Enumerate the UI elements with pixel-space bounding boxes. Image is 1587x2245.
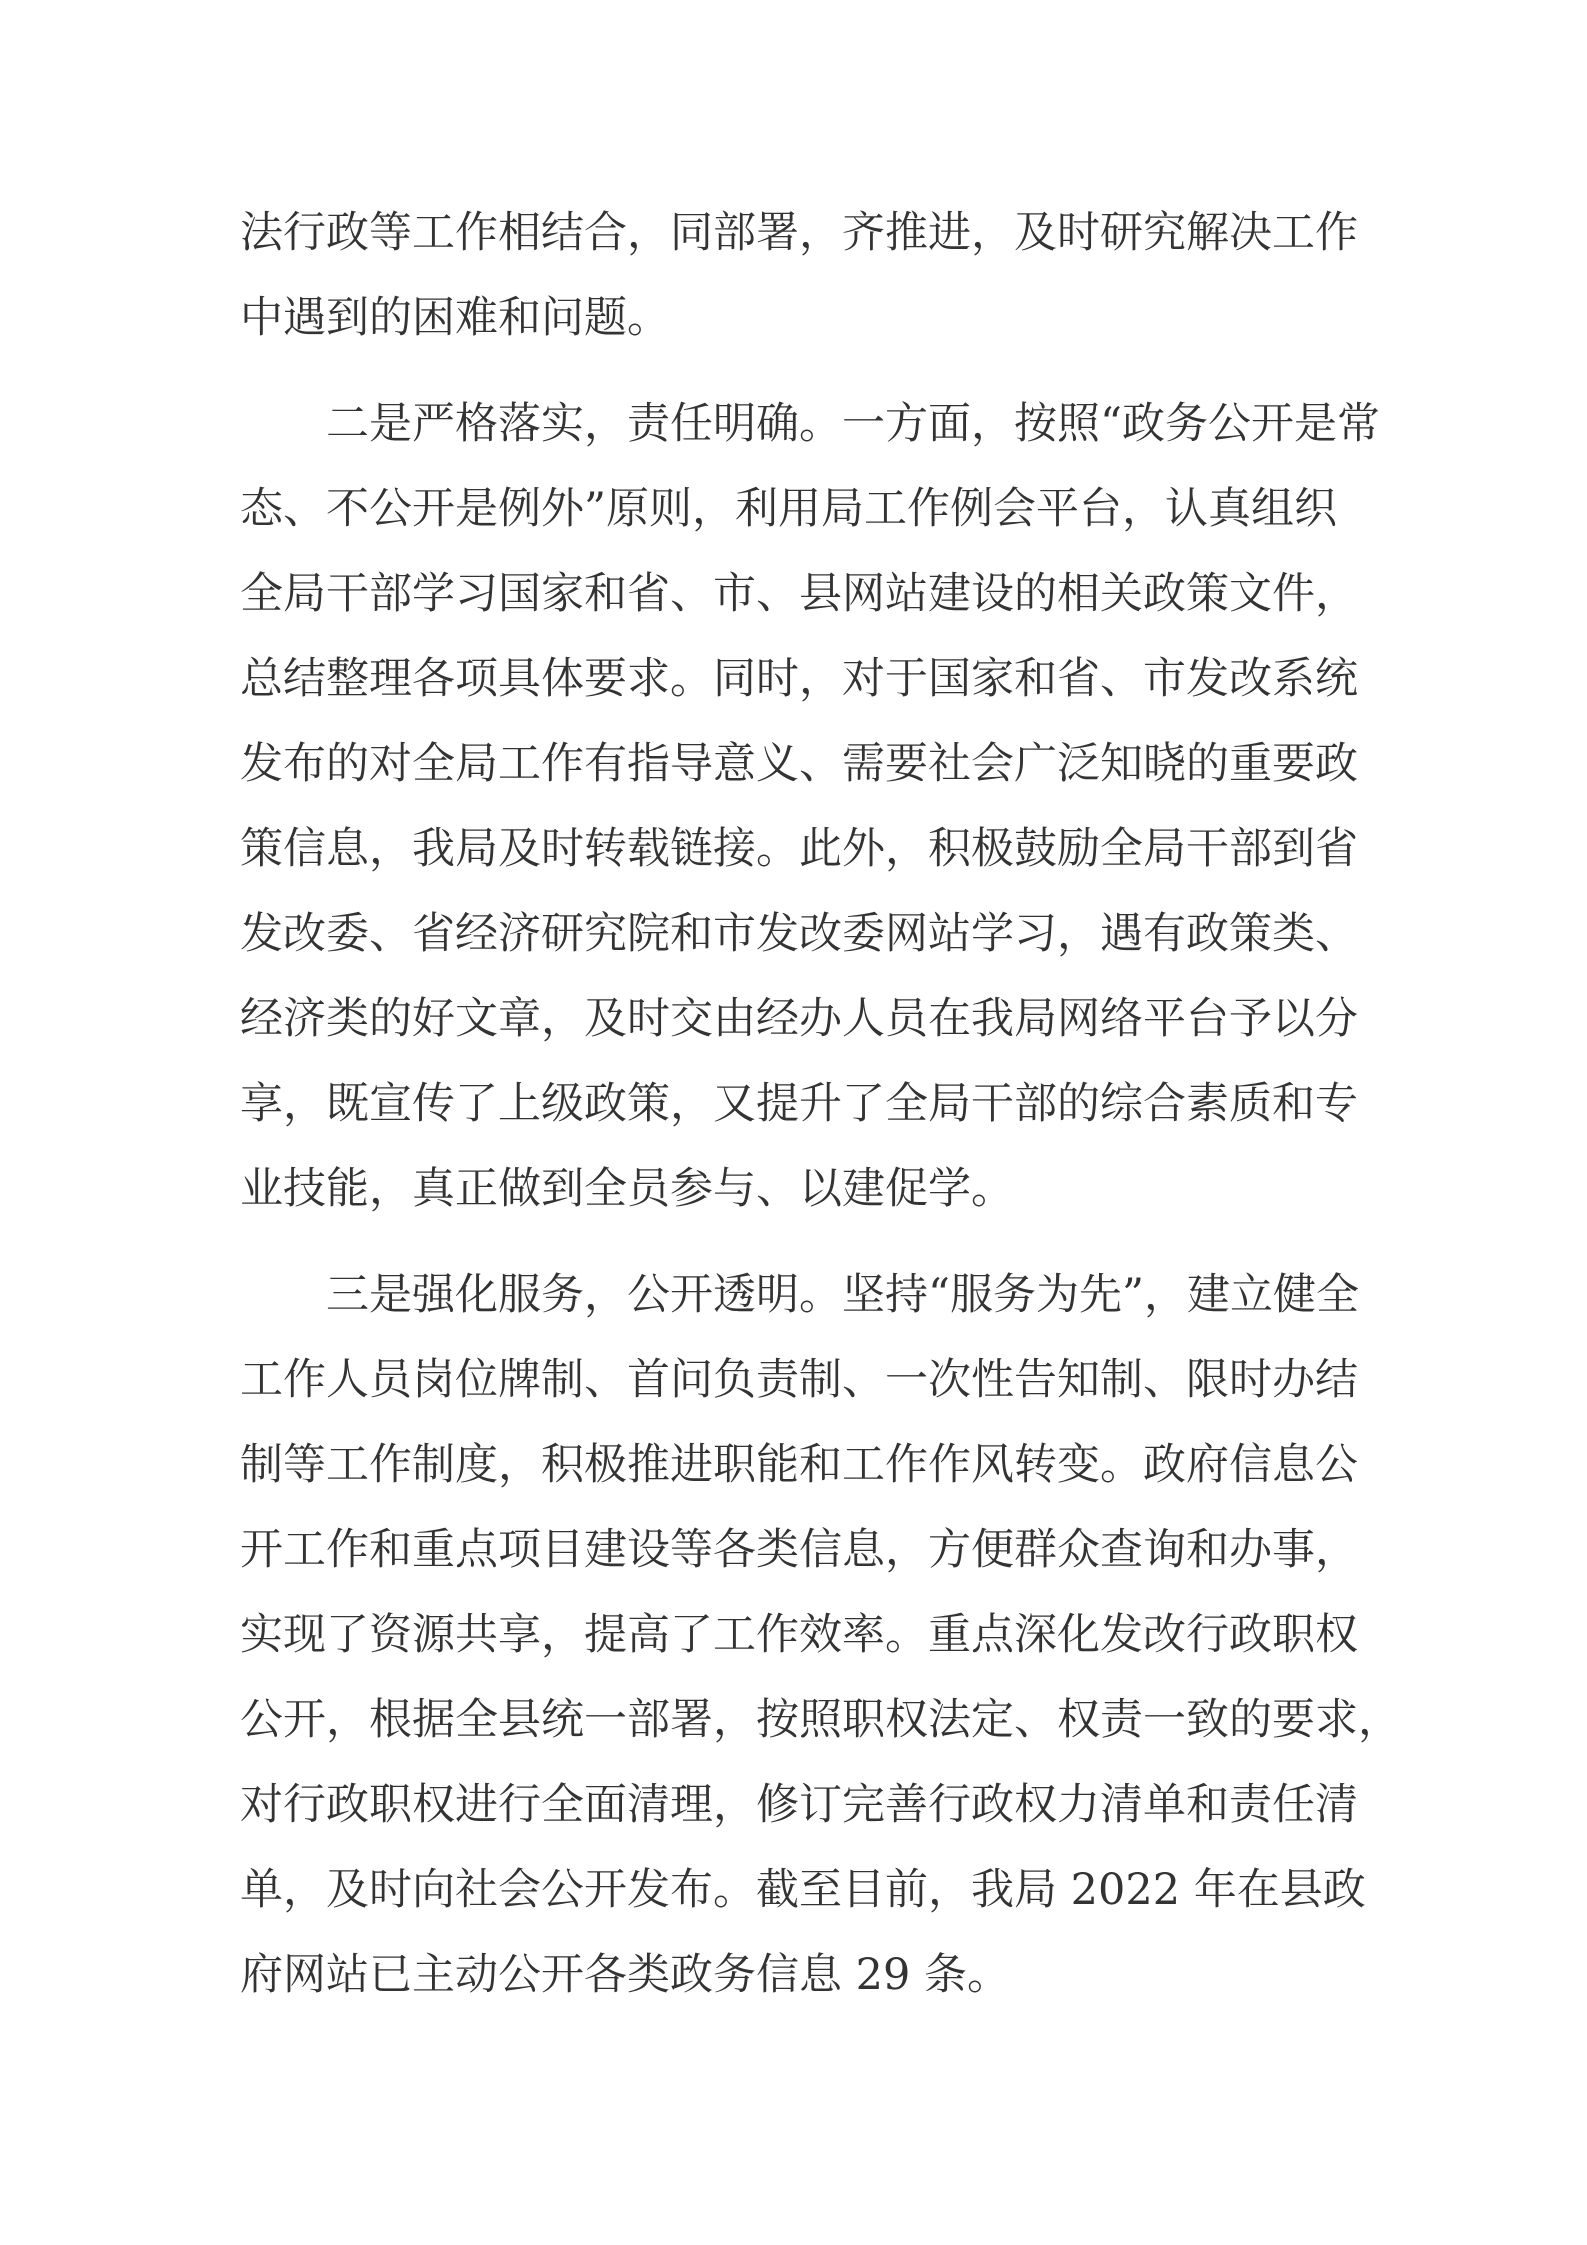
- text-line: 二是严格落实，责任明确。一方面，按照“政务公开是常: [240, 382, 1420, 467]
- document-body: 法行政等工作相结合，同部署，齐推进，及时研究解决工作中遇到的困难和问题。二是严格…: [240, 191, 1420, 2039]
- text-line: 工作人员岗位牌制、首问负责制、一次性告知制、限时办结: [240, 1338, 1420, 1423]
- text-line: 策信息，我局及时转载链接。此外，积极鼓励全局干部到省: [240, 807, 1420, 892]
- text-line: 单，及时向社会公开发布。截至目前，我局 2022 年在县政: [240, 1848, 1420, 1933]
- text-line: 制等工作制度，积极推进职能和工作作风转变。政府信息公: [240, 1423, 1420, 1508]
- text-line: 全局干部学习国家和省、市、县网站建设的相关政策文件，: [240, 552, 1420, 637]
- paragraph: 二是严格落实，责任明确。一方面，按照“政务公开是常态、不公开是例外”原则，利用局…: [240, 382, 1420, 1232]
- text-line: 公开，根据全县统一部署，按照职权法定、权责一致的要求，: [240, 1678, 1420, 1763]
- text-line: 业技能，真正做到全员参与、以建促学。: [240, 1147, 1420, 1232]
- text-line: 开工作和重点项目建设等各类信息，方便群众查询和办事，: [240, 1508, 1420, 1593]
- paragraph: 三是强化服务，公开透明。坚持“服务为先”，建立健全工作人员岗位牌制、首问负责制、…: [240, 1253, 1420, 2018]
- text-line: 发改委、省经济研究院和市发改委网站学习，遇有政策类、: [240, 892, 1420, 977]
- text-line: 三是强化服务，公开透明。坚持“服务为先”，建立健全: [240, 1253, 1420, 1338]
- text-line: 态、不公开是例外”原则，利用局工作例会平台，认真组织: [240, 467, 1420, 552]
- text-line: 法行政等工作相结合，同部署，齐推进，及时研究解决工作: [240, 191, 1420, 276]
- paragraph: 法行政等工作相结合，同部署，齐推进，及时研究解决工作中遇到的困难和问题。: [240, 191, 1420, 361]
- text-line: 府网站已主动公开各类政务信息 29 条。: [240, 1933, 1420, 2018]
- text-line: 对行政职权进行全面清理，修订完善行政权力清单和责任清: [240, 1763, 1420, 1848]
- text-line: 实现了资源共享，提高了工作效率。重点深化发改行政职权: [240, 1593, 1420, 1678]
- document-page: 法行政等工作相结合，同部署，齐推进，及时研究解决工作中遇到的困难和问题。二是严格…: [0, 0, 1587, 2245]
- text-line: 经济类的好文章，及时交由经办人员在我局网络平台予以分: [240, 977, 1420, 1062]
- text-line: 中遇到的困难和问题。: [240, 276, 1420, 361]
- text-line: 总结整理各项具体要求。同时，对于国家和省、市发改系统: [240, 637, 1420, 722]
- text-line: 享，既宣传了上级政策，又提升了全局干部的综合素质和专: [240, 1062, 1420, 1147]
- text-line: 发布的对全局工作有指导意义、需要社会广泛知晓的重要政: [240, 722, 1420, 807]
